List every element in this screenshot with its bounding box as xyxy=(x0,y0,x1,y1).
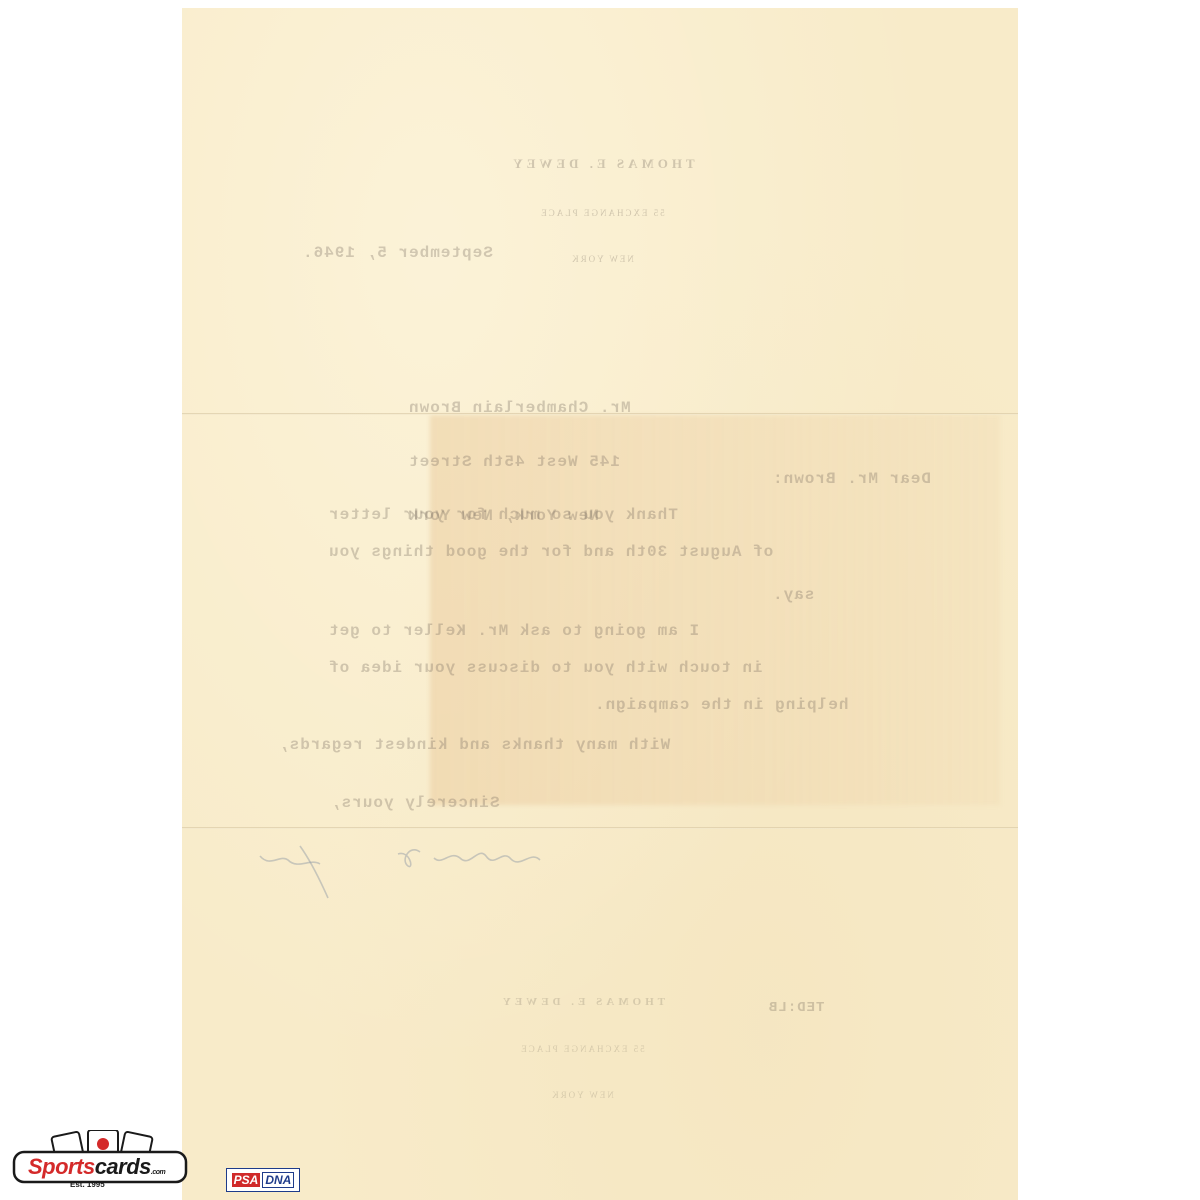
footer-letterhead-name: THOMAS E. DEWEY xyxy=(482,996,682,1008)
letterhead-top: THOMAS E. DEWEY 55 EXCHANGE PLACE NEW YO… xyxy=(482,120,722,300)
body-line: Thank you so much for your letter xyxy=(328,506,678,524)
body-line: I am going to ask Mr. Keller to get xyxy=(328,622,699,640)
salutation: Dear Mr. Brown: xyxy=(772,470,931,488)
psa-label: PSA xyxy=(232,1173,261,1187)
body-line: say. xyxy=(772,586,814,604)
logo-est-year: Est. 1995 xyxy=(70,1180,105,1189)
letterhead-city: NEW YORK xyxy=(482,254,722,264)
letterhead-bottom: THOMAS E. DEWEY 55 EXCHANGE PLACE NEW YO… xyxy=(482,960,682,1136)
footer-letterhead-address: 55 EXCHANGE PLACE xyxy=(482,1044,682,1054)
closing: Sincerely yours, xyxy=(330,794,500,812)
body-line: With many thanks and kindest regards, xyxy=(278,736,670,754)
footer-letterhead-city: NEW YORK xyxy=(482,1090,682,1100)
signature-mark xyxy=(240,840,560,900)
fold-line-lower xyxy=(182,827,1018,829)
logo-wordmark: Sportscards.com xyxy=(28,1154,165,1180)
psa-dna-badge: PSA DNA xyxy=(226,1168,300,1192)
dna-label: DNA xyxy=(262,1172,294,1188)
recipient-line-1: Mr. Chamberlain Brown xyxy=(408,399,648,417)
letterhead-address: 55 EXCHANGE PLACE xyxy=(482,208,722,218)
recipient-block: Mr. Chamberlain Brown 145 West 45th Stre… xyxy=(408,363,648,561)
body-line: helping in the campaign. xyxy=(594,696,848,714)
letterhead-name: THOMAS E. DEWEY xyxy=(482,156,722,172)
body-line: in touch with you to discuss your idea o… xyxy=(328,659,763,677)
sportscards-logo: Sportscards.com Est. 1995 xyxy=(10,1130,190,1190)
typist-initials: TED:LB xyxy=(768,1000,824,1016)
letter-date: September 5, 1946. xyxy=(302,244,493,262)
letter-paper: THOMAS E. DEWEY 55 EXCHANGE PLACE NEW YO… xyxy=(182,8,1018,1200)
body-line: of August 30th and for the good things y… xyxy=(328,543,773,561)
recipient-line-2: 145 West 45th Street xyxy=(408,453,648,471)
